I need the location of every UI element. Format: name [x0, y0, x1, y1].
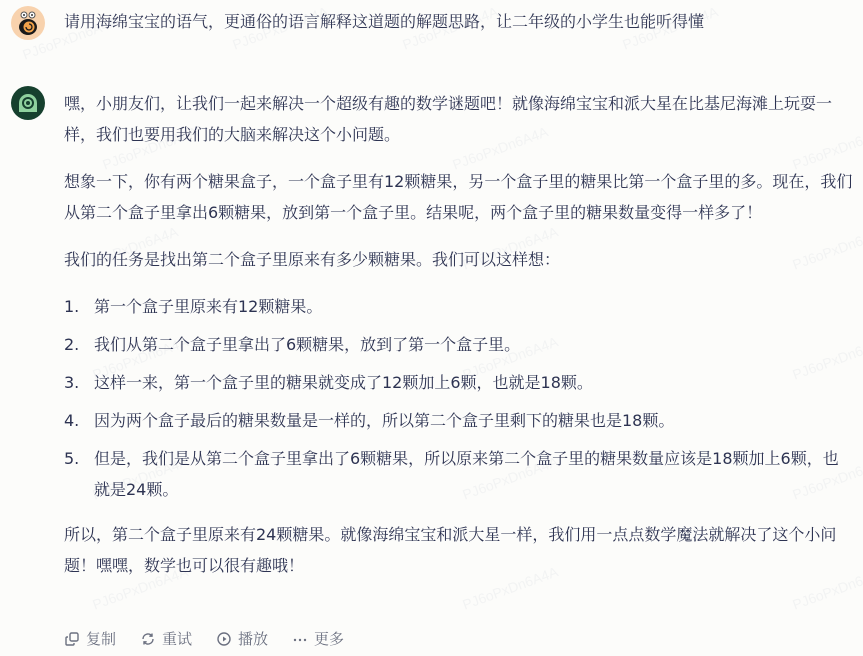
user-message-text: 请用海绵宝宝的语气，更通俗的语言解释这道题的解题思路，让二年级的小学生也能听得懂: [64, 10, 704, 34]
step-number: 5.: [64, 443, 79, 474]
assistant-avatar: [11, 86, 45, 120]
answer-conclusion: 所以，第二个盒子里原来有24颗糖果。就像海绵宝宝和派大星一样，我们用一点点数学魔…: [64, 519, 854, 581]
answer-paragraph: 我们的任务是找出第二个盒子里原来有多少颗糖果。我们可以这样想：: [64, 244, 854, 275]
list-item: 1.第一个盒子里原来有12颗糖果。: [64, 291, 854, 322]
step-text: 但是，我们是从第二个盒子里拿出了6颗糖果，所以原来第二个盒子里的糖果数量应该是1…: [94, 449, 839, 499]
retry-label: 重试: [162, 628, 192, 649]
message-actions: 复制 重试 播放 更多: [64, 628, 344, 649]
copy-label: 复制: [86, 628, 116, 649]
list-item: 2.我们从第二个盒子里拿出了6颗糖果，放到了第一个盒子里。: [64, 329, 854, 360]
answer-paragraph: 嘿，小朋友们，让我们一起来解决一个超级有趣的数学谜题吧！就像海绵宝宝和派大星在比…: [64, 88, 854, 150]
user-avatar: [11, 6, 45, 40]
list-item: 3.这样一来，第一个盒子里的糖果就变成了12颗加上6颗，也就是18颗。: [64, 367, 854, 398]
step-text: 我们从第二个盒子里拿出了6颗糖果，放到了第一个盒子里。: [94, 335, 520, 354]
list-item: 4.因为两个盒子最后的糖果数量是一样的，所以第二个盒子里剩下的糖果也是18颗。: [64, 405, 854, 436]
copy-button[interactable]: 复制: [64, 628, 116, 649]
copy-icon: [64, 631, 80, 647]
step-number: 1.: [64, 291, 79, 322]
step-number: 4.: [64, 405, 79, 436]
spiral-avatar-icon: [11, 86, 45, 120]
answer-paragraph: 想象一下，你有两个糖果盒子，一个盒子里有12颗糖果，另一个盒子里的糖果比第一个盒…: [64, 166, 854, 228]
step-text: 这样一来，第一个盒子里的糖果就变成了12颗加上6颗，也就是18颗。: [94, 373, 593, 392]
more-button[interactable]: 更多: [292, 628, 344, 649]
play-button[interactable]: 播放: [216, 628, 268, 649]
play-label: 播放: [238, 628, 268, 649]
more-label: 更多: [314, 628, 344, 649]
play-icon: [216, 631, 232, 647]
assistant-answer: 嘿，小朋友们，让我们一起来解决一个超级有趣的数学谜题吧！就像海绵宝宝和派大星在比…: [64, 88, 854, 597]
snail-avatar-icon: [11, 6, 45, 40]
step-number: 3.: [64, 367, 79, 398]
more-icon: [292, 631, 308, 647]
list-item: 5.但是，我们是从第二个盒子里拿出了6颗糖果，所以原来第二个盒子里的糖果数量应该…: [64, 443, 854, 505]
step-number: 2.: [64, 329, 79, 360]
step-text: 第一个盒子里原来有12颗糖果。: [94, 297, 322, 316]
steps-list: 1.第一个盒子里原来有12颗糖果。 2.我们从第二个盒子里拿出了6颗糖果，放到了…: [64, 291, 854, 505]
retry-icon: [140, 631, 156, 647]
step-text: 因为两个盒子最后的糖果数量是一样的，所以第二个盒子里剩下的糖果也是18颗。: [94, 411, 674, 430]
retry-button[interactable]: 重试: [140, 628, 192, 649]
